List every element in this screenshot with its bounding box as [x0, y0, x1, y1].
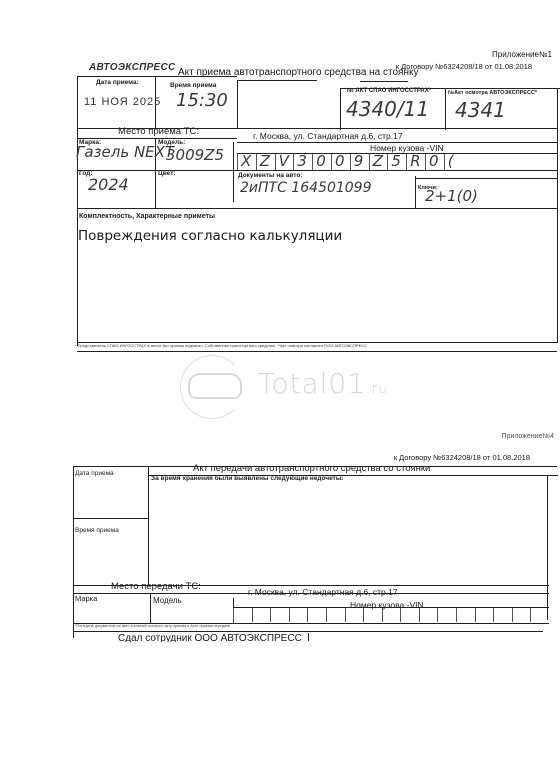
- vin-empty-cell: [233, 608, 253, 622]
- date-value: 11 НОЯ 2025: [84, 96, 161, 108]
- appendix-title: Приложение№1: [492, 50, 552, 59]
- release-footnote: *Передача документов на авто и ключей со…: [75, 624, 230, 628]
- release-place-value: г. Москва, ул. Стандартная д.6, стр.17: [248, 587, 398, 597]
- time-value: 15:30: [176, 90, 228, 111]
- vin-char: R: [410, 152, 420, 170]
- vin-char: (: [448, 152, 454, 170]
- vin-char-cell: 0: [425, 154, 445, 171]
- watermark-suffix: .ru: [366, 381, 388, 397]
- features-value: Повреждения согласно калькуляции: [78, 228, 342, 244]
- release-brand-label: Марка: [75, 594, 97, 603]
- vin-char-cell: 0: [331, 154, 351, 171]
- release-date-label: Дата приема: [75, 470, 114, 477]
- vin-char-cell: R: [406, 154, 426, 171]
- vin-char-cell: Z: [369, 154, 389, 171]
- receipt-footnote: * Представитель СПАО ИНГОССТРАХ в месте …: [75, 343, 545, 348]
- vin-char: 5: [391, 152, 401, 170]
- vin-char: Z: [260, 152, 270, 170]
- model-label: Модель:: [158, 139, 185, 146]
- docs-value: 2иПТС 164501099: [240, 180, 371, 196]
- release-contract-reference: к Договору №6324208/18 от 01.08.2018: [394, 453, 530, 462]
- watermark-text: Total01.ru: [258, 367, 388, 400]
- vin-char-cell: X: [237, 154, 257, 171]
- place-value: г. Москва, ул. Стандартная д.6, стр.17: [253, 131, 403, 141]
- release-vin-grid: [233, 608, 549, 622]
- vin-char: 3: [297, 152, 307, 170]
- vin-char: 0: [316, 152, 326, 170]
- vin-char: 0: [335, 152, 345, 170]
- vin-empty-cell: [307, 608, 327, 622]
- vin-empty-cell: [437, 608, 457, 622]
- inspection-act-label: №Акт осмотра АВТОЭКСПРЕСС*: [448, 90, 537, 96]
- vin-char-cell: 3: [293, 154, 313, 171]
- vin-char: Z: [373, 152, 383, 170]
- vin-char-cell: 0: [312, 154, 332, 171]
- handed-by-label: Сдал сотрудник ООО АВТОЭКСПРЕСС: [118, 633, 302, 642]
- year-value: 2024: [88, 175, 129, 194]
- color-label: Цвет:: [158, 170, 176, 177]
- vin-empty-cell: [475, 608, 495, 622]
- vin-char: X: [241, 152, 251, 170]
- release-place-label: Место передачи ТС:: [111, 581, 201, 592]
- vin-empty-cell: [252, 608, 272, 622]
- vin-empty-cell: [345, 608, 365, 622]
- vin-empty-cell: [493, 608, 513, 622]
- docs-label: Документы на авто:: [238, 172, 302, 179]
- vin-char: 0: [429, 152, 439, 170]
- model-value: 3009Z5: [166, 146, 224, 164]
- vin-empty-cell: [512, 608, 532, 622]
- date-label: Дата приема:: [96, 79, 139, 86]
- watermark-brand: Total01: [258, 367, 366, 400]
- vin-empty-cell: [382, 608, 402, 622]
- vin-char: V: [279, 152, 289, 170]
- keys-value: 2+1(0): [425, 187, 478, 205]
- vin-char-cell: 9: [350, 154, 370, 171]
- defects-label: За время хранения были выявлены следующи…: [151, 475, 344, 482]
- vin-empty-cell: [289, 608, 309, 622]
- vin-empty-cell: [419, 608, 439, 622]
- vin-empty-cell: [270, 608, 290, 622]
- vin-char-cell: 5: [387, 154, 407, 171]
- vin-empty-cell: [456, 608, 476, 622]
- vin-empty-cell: [400, 608, 420, 622]
- vin-empty-cell: [363, 608, 383, 622]
- vin-empty-cell: [530, 608, 550, 622]
- release-appendix-title: Приложение№4: [502, 433, 554, 440]
- ingos-act-label: № АКТ СПАО ИНГОССТРАХ*: [347, 88, 431, 94]
- vin-char-cell: Z: [256, 154, 276, 171]
- release-title: Акт передачи автотранспортного средства …: [193, 463, 430, 474]
- vin-char-cell: (: [444, 154, 464, 171]
- ingos-act-value: 4340/11: [346, 97, 429, 121]
- watermark: Total01.ru: [180, 355, 420, 425]
- vin-char-cell: V: [275, 154, 295, 171]
- vin-grid: XZV3009Z5R0(: [237, 154, 560, 171]
- release-model-label: Модель: [153, 596, 182, 605]
- vin-empty-cell: [326, 608, 346, 622]
- place-label: Место приема ТС:: [118, 126, 199, 137]
- inspection-act-value: 4341: [455, 98, 506, 122]
- company-logo: АВТОЭКСПРЕСС: [89, 62, 176, 73]
- release-time-label: Время приема: [75, 527, 119, 534]
- features-label: Комплектность, Характерные приметы: [79, 213, 215, 220]
- vin-char: 9: [354, 152, 364, 170]
- car-cloud-icon: [188, 373, 242, 399]
- time-label: Время приема: [170, 82, 216, 89]
